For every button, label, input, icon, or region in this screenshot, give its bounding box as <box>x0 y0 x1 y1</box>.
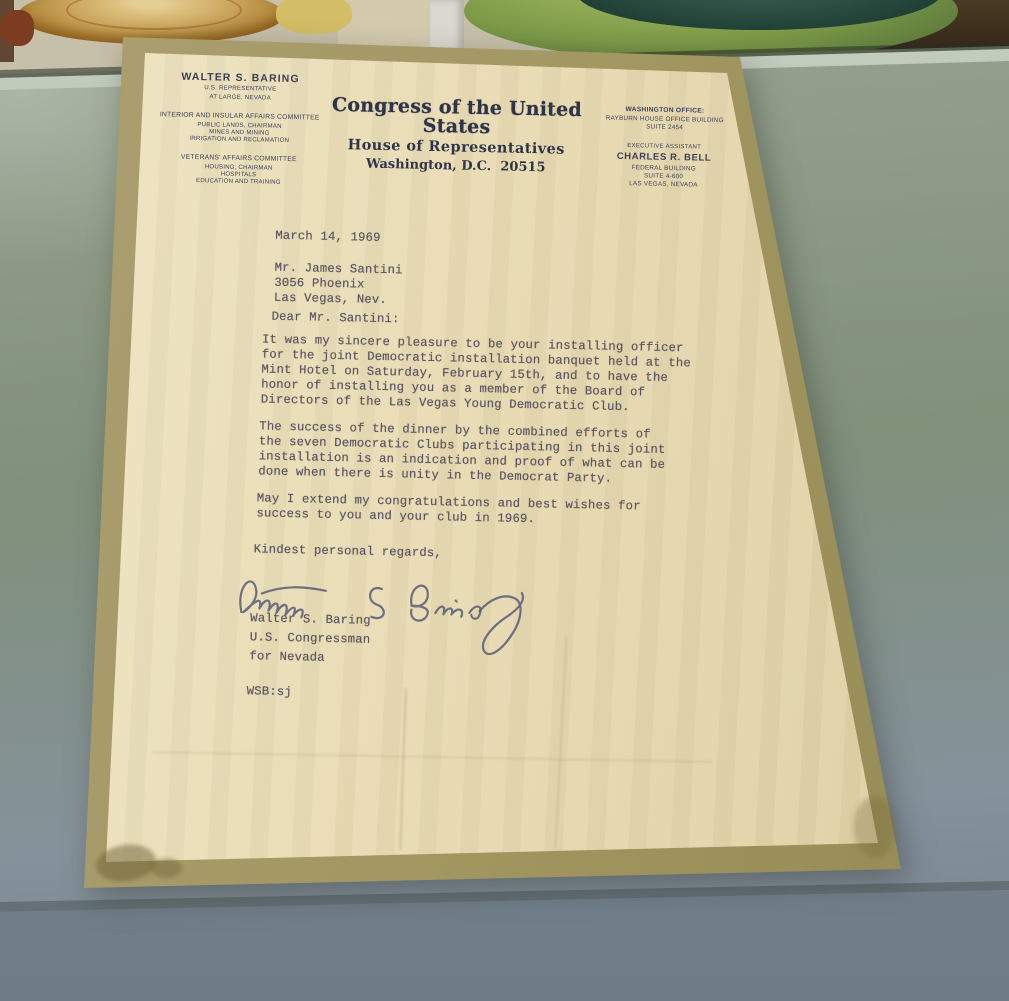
committee-interior-roles: PUBLIC LANDS, CHAIRMAN MINES AND MINING … <box>156 120 322 144</box>
body-paragraph-1: It was my sincere pleasure to be your in… <box>261 332 692 416</box>
member-name: WALTER S. BARING <box>157 71 323 85</box>
member-district: AT LARGE, NEVADA <box>157 93 323 103</box>
executive-assistant-label: EXECUTIVE ASSISTANT <box>586 142 742 151</box>
body-paragraph-3: May I extend my congratulations and best… <box>256 491 641 529</box>
washington-dc-line: Washington, D.C. 20515 <box>314 156 598 175</box>
letterhead-left-block: WALTER S. BARING U.S. REPRESENTATIVE AT … <box>155 71 323 187</box>
congress-title: Congress of the United States <box>314 96 599 140</box>
letter-content: WALTER S. BARING U.S. REPRESENTATIVE AT … <box>131 56 740 868</box>
typist-reference: WSB:sj <box>247 684 292 700</box>
mat-stain <box>854 796 896 858</box>
recipient-address: Mr. James Santini 3056 Phoenix Las Vegas… <box>274 261 403 309</box>
body-paragraph-2: The success of the dinner by the combine… <box>258 419 666 488</box>
las-vegas-office-address: FEDERAL BUILDING SUITE 4-600 LAS VEGAS, … <box>585 163 741 190</box>
member-title: U.S. REPRESENTATIVE <box>157 84 323 94</box>
photo-background: WALTER S. BARING U.S. REPRESENTATIVE AT … <box>0 0 1009 1001</box>
signature-typed-block: Walter S. Baring U.S. Congressman for Ne… <box>249 609 371 669</box>
committee-veterans-roles: HOUSING, CHAIRMAN HOSPITALS EDUCATION AN… <box>155 163 321 187</box>
executive-assistant-name: CHARLES R. BELL <box>586 151 742 164</box>
washington-office-address: RAYBURN HOUSE OFFICE BUILDING SUITE 2454 <box>587 114 743 132</box>
house-of-representatives-line: House of Representatives <box>314 138 598 158</box>
letterhead-center-block: Congress of the United States House of R… <box>314 96 599 175</box>
salutation: Dear Mr. Santini: <box>271 310 399 328</box>
date-line: March 14, 1969 <box>275 229 381 246</box>
letterhead-right-block: WASHINGTON OFFICE: RAYBURN HOUSE OFFICE … <box>585 106 743 190</box>
mat-stain <box>150 858 182 878</box>
mounted-letter: WALTER S. BARING U.S. REPRESENTATIVE AT … <box>0 0 1009 1001</box>
